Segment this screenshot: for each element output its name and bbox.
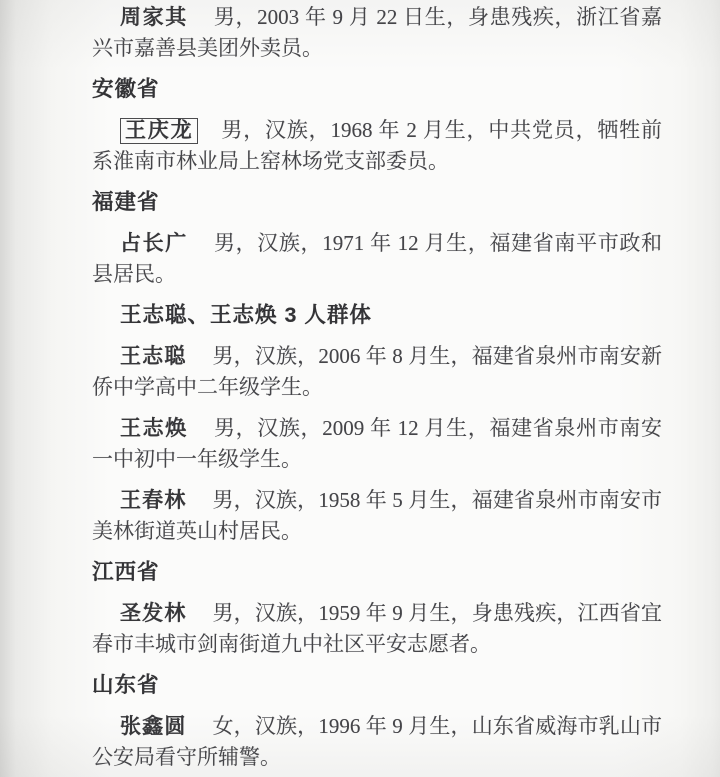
person-entry: 王志焕男，汉族，2009 年 12 月生，福建省泉州市南安一中初中一年级学生。 — [92, 413, 662, 475]
person-entry: 周家其男，2003 年 9 月 22 日生，身患残疾，浙江省嘉兴市嘉善县美团外卖… — [92, 2, 662, 64]
person-name: 王春林 — [120, 489, 187, 512]
person-entry: 圣发林男，汉族，1959 年 9 月生，身患残疾，江西省宜春市丰城市剑南街道九中… — [92, 598, 662, 660]
person-name: 王志焕 — [120, 417, 188, 440]
person-entry: 王春林男，汉族，1958 年 5 月生，福建省泉州市南安市美林街道英山村居民。 — [92, 485, 662, 547]
province-heading: 江西省 — [92, 557, 662, 588]
person-name: 张鑫圆 — [120, 715, 187, 738]
document-content: 周家其男，2003 年 9 月 22 日生，身患残疾，浙江省嘉兴市嘉善县美团外卖… — [92, 2, 662, 777]
group-heading: 王志聪、王志焕 3 人群体 — [92, 300, 662, 331]
person-entry: 占长广男，汉族，1971 年 12 月生，福建省南平市政和县居民。 — [92, 228, 662, 290]
document-page: 周家其男，2003 年 9 月 22 日生，身患残疾，浙江省嘉兴市嘉善县美团外卖… — [0, 0, 720, 777]
person-entry: 王志聪男，汉族，2006 年 8 月生，福建省泉州市南安新侨中学高中二年级学生。 — [92, 341, 662, 403]
person-name-boxed: 王庆龙 — [120, 118, 198, 144]
person-name: 王志聪 — [120, 345, 187, 368]
person-entry: 张鑫圆女，汉族，1996 年 9 月生，山东省威海市乳山市公安局看守所辅警。 — [92, 711, 662, 773]
person-entry: 王庆龙男，汉族，1968 年 2 月生，中共党员，牺牲前系淮南市林业局上窑林场党… — [92, 115, 662, 177]
province-heading: 福建省 — [92, 187, 662, 218]
person-name: 圣发林 — [120, 602, 187, 625]
person-name: 占长广 — [120, 232, 188, 255]
province-heading: 安徽省 — [92, 74, 662, 105]
province-heading: 山东省 — [92, 670, 662, 701]
person-name: 周家其 — [120, 6, 188, 29]
